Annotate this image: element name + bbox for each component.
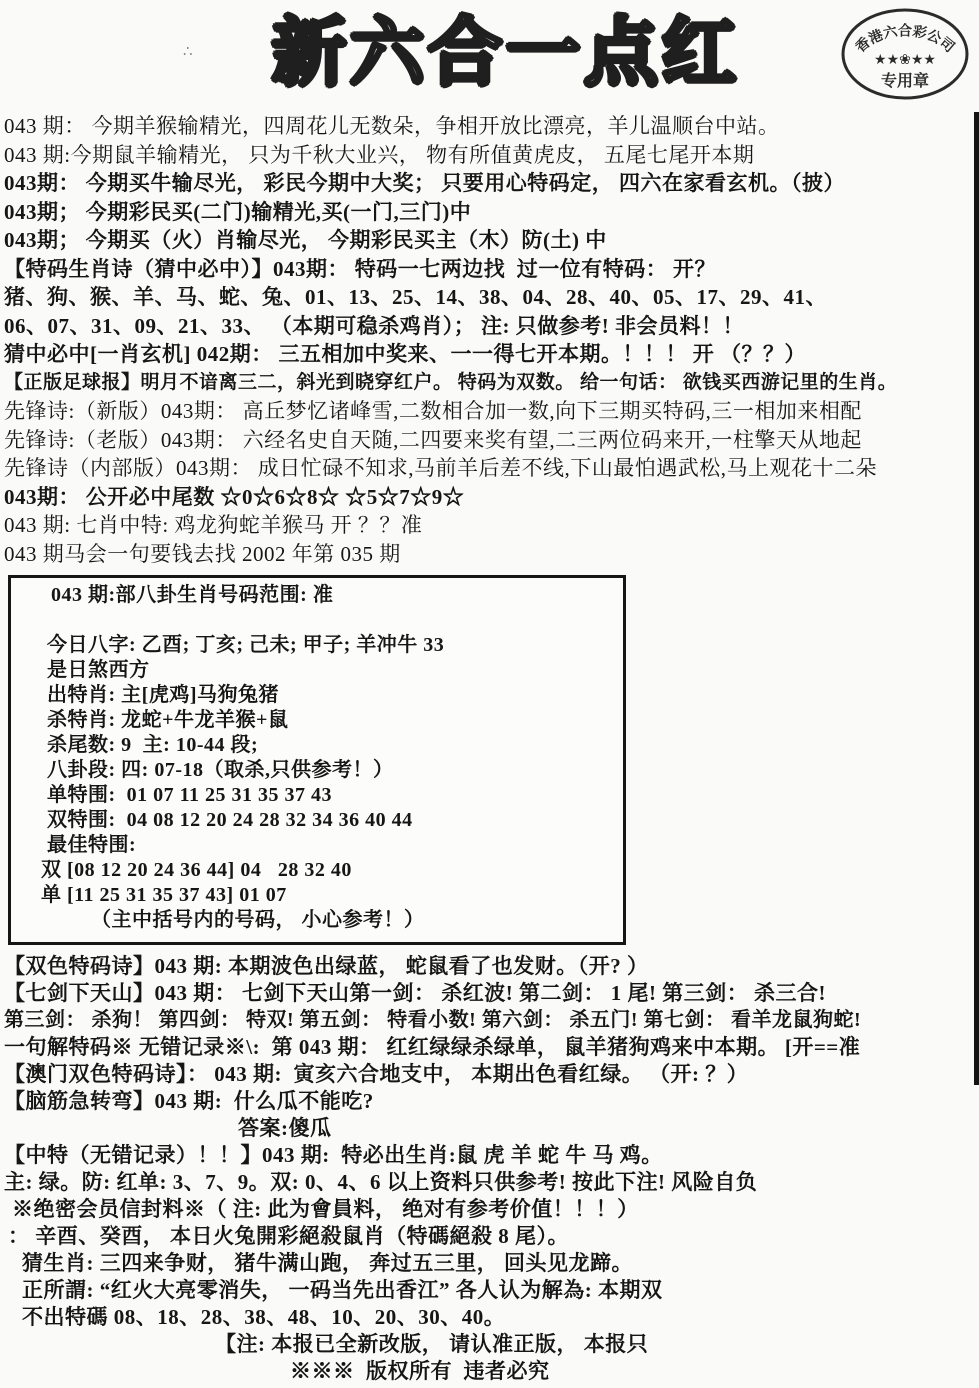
text-line: 【特码生肖诗（猜中必中）】043期： 特码一七两边找 过一位有特码： 开？: [0, 255, 979, 284]
text-line: 【双色特码诗】043 期: 本期波色出绿蓝， 蛇鼠看了也发财。（开? ）: [0, 953, 979, 980]
company-stamp: 香港六合彩公司 ★★❀★★ 专用章: [838, 4, 972, 104]
text-line: （主中括号内的号码， 小心参考！）: [11, 908, 623, 933]
stamp-stars: ★★❀★★: [874, 53, 936, 68]
text-line: 单 [11 25 31 35 37 43] 01 07: [11, 883, 623, 908]
text-line: 今日八字: 乙酉; 丁亥; 己未; 甲子; 羊冲牛 33: [11, 633, 623, 658]
text-line: 出特肖: 主[虎鸡]马狗兔猪: [11, 683, 623, 708]
text-line: 单特围: 01 07 11 25 31 35 37 43: [11, 783, 623, 808]
stamp-bottom-text: 专用章: [881, 71, 929, 90]
top-text-block: 043 期： 今期羊猴输精光，四周花儿无数朵，争相开放比漂亮，羊儿温顺台中站。0…: [0, 112, 979, 568]
text-line: 043期； 今期买（火）肖输尽光， 今期彩民买主（木）防(土) 中: [0, 226, 979, 255]
text-line: 一句解特码※ 无错记录※\: 第 043 期： 红红绿绿杀绿单， 鼠羊猪狗鸡来中…: [0, 1034, 979, 1061]
text-line: 杀特肖: 龙蛇+牛龙羊猴+鼠: [11, 708, 623, 733]
text-line: 最佳特围:: [11, 833, 623, 858]
text-line: 【中特（无错记录）！！】043 期: 特必出生肖:鼠 虎 羊 蛇 牛 马 鸡。: [0, 1142, 979, 1169]
text-line: 043期； 今期彩民买(二门)输精光,买(一门,三门)中: [0, 198, 979, 227]
decor-dots: ∴: [183, 42, 193, 61]
text-line: 先锋诗:（新版）043期： 高丘梦忆诸峰雪,二数相合加一数,向下三期买特码,三一…: [0, 397, 979, 426]
text-line: 【七剑下天山】043 期： 七剑下天山第一剑： 杀红波! 第二剑： 1 尾! 第…: [0, 980, 979, 1007]
text-line: 043 期: 七肖中特: 鸡龙狗蛇羊猴马 开 ？？准: [0, 511, 979, 540]
stamp-arc-text: 香港六合彩公司: [852, 22, 958, 56]
lottery-tip-sheet: ∴ 新六合一点红 香港六合彩公司 ★★❀★★ 专用章 043 期： 今期羊猴输精…: [0, 0, 979, 1388]
text-line: 双 [08 12 20 24 36 44] 04 28 32 40: [11, 858, 623, 883]
svg-text:香港六合彩公司: 香港六合彩公司: [852, 22, 958, 56]
text-line: 先锋诗:（老版）043期： 六经名史自天随,二四要来奖有望,二三两位码来开,一柱…: [0, 426, 979, 455]
text-line: 猜中必中[一肖玄机] 042期： 三五相加中奖来、一一得七开本期。！！！ 开 （…: [0, 340, 979, 369]
stamp-oval: 香港六合彩公司 ★★❀★★ 专用章: [838, 4, 972, 104]
text-line: [11, 608, 623, 633]
text-line: 043 期： 今期羊猴输精光，四周花儿无数朵，争相开放比漂亮，羊儿温顺台中站。: [0, 112, 979, 141]
text-line: 043 期马会一句要钱去找 2002 年第 035 期: [0, 540, 979, 569]
text-line: 【脑筋急转弯】043 期: 什么瓜不能吃?: [0, 1088, 979, 1115]
text-line: 043期： 今期买牛输尽光， 彩民今期中大奖； 只要用心特码定， 四六在家看玄机…: [0, 169, 979, 198]
scan-artifact-bar: [974, 112, 979, 1085]
text-line: 043 期:部八卦生肖号码范围: 准: [11, 583, 623, 608]
text-line: 双特围: 04 08 12 20 24 28 32 34 36 40 44: [11, 808, 623, 833]
text-line: 八卦段: 四: 07-18（取杀,只供参考！）: [11, 758, 623, 783]
text-line: 猪、狗、猴、羊、马、蛇、兔、01、13、25、14、38、04、28、40、05…: [0, 283, 979, 312]
text-line: ※※※ 版权所有 违者必究: [0, 1358, 979, 1385]
text-line: 043 期:今期鼠羊输精光， 只为千秋大业兴， 物有所值黄虎皮， 五尾七尾开本期: [0, 141, 979, 170]
page-title: 新六合一点红: [272, 16, 740, 90]
text-line: 答案:傻瓜: [0, 1115, 979, 1142]
bottom-text-block: 【双色特码诗】043 期: 本期波色出绿蓝， 蛇鼠看了也发财。（开? ）【七剑下…: [0, 953, 979, 1385]
text-line: ： 辛酉、癸酉， 本日火兔開彩絕殺鼠肖（特碼絕殺 8 尾）。: [0, 1223, 979, 1250]
document-body: 043 期： 今期羊猴输精光，四周花儿无数朵，争相开放比漂亮，羊儿温顺台中站。0…: [0, 112, 979, 1385]
text-line: 先锋诗（内部版）043期： 成日忙碌不知求,马前羊后差不线,下山最怕遇武松,马上…: [0, 454, 979, 483]
text-line: ※绝密会员信封料※（ 注: 此为會員料， 绝对有参考价值！！！）: [0, 1196, 979, 1223]
text-line: 是日煞西方: [11, 658, 623, 683]
prediction-box: 043 期:部八卦生肖号码范围: 准 今日八字: 乙酉; 丁亥; 己未; 甲子;…: [8, 575, 626, 945]
text-line: 主: 绿。防: 红单: 3、7、9。双: 0、4、6 以上资料只供参考! 按此下…: [0, 1169, 979, 1196]
text-line: 不出特碼 08、18、28、38、48、10、20、30、40。: [0, 1304, 979, 1331]
text-line: 【注: 本报已全新改版， 请认准正版， 本报只: [0, 1331, 979, 1358]
text-line: 猜生肖: 三四来争财， 猪牛满山跑， 奔过五三里， 回头见龙蹄。: [0, 1250, 979, 1277]
text-line: 【正版足球报】明月不谙离三二，斜光到晓穿红户。 特码为双数。 给一句话： 欲钱买…: [0, 369, 979, 398]
text-line: 正所謂: “红火大亮零消失， 一码当先出香江” 各人认为解為: 本期双: [0, 1277, 979, 1304]
text-line: 043期： 公开必中尾数 ☆0☆6☆8☆ ☆5☆7☆9☆: [0, 483, 979, 512]
text-line: 【澳门双色特码诗】： 043 期: 寅亥六合地支中， 本期出色看红绿。 （开: …: [0, 1061, 979, 1088]
text-line: 06、07、31、09、21、33、 （本期可稳杀鸡肖）； 注: 只做参考! 非…: [0, 312, 979, 341]
text-line: 第三剑： 杀狗！ 第四剑： 特双! 第五剑： 特看小数! 第六剑： 杀五门! 第…: [0, 1007, 979, 1034]
text-line: 杀尾数: 9 主: 10-44 段;: [11, 733, 623, 758]
